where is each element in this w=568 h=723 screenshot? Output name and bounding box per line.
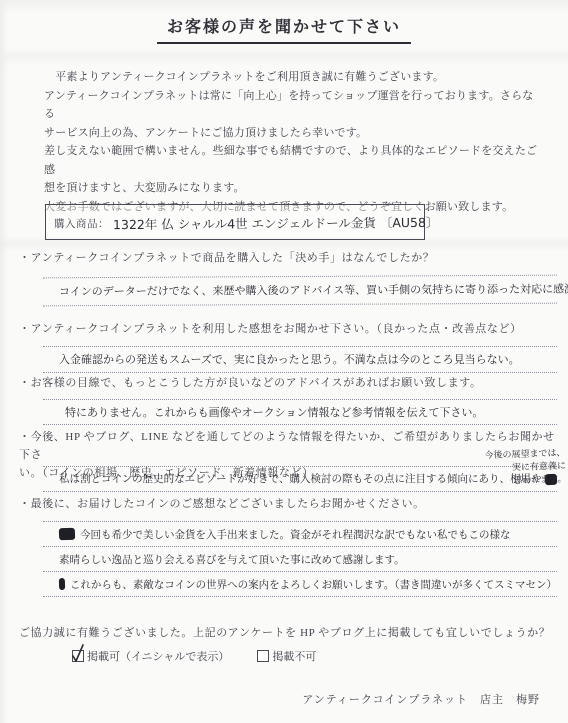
checkbox-publish-allowed <box>72 650 84 662</box>
publish-options-row: 掲載可（イニシャルで表示） 掲載不可 <box>72 648 316 664</box>
page-title-wrap: お客様の声を聞かせて下さい <box>0 14 568 44</box>
question-1-label: ・アンティークコインプラネットで商品を購入した「決め手」はなんでしたか？ <box>19 249 559 267</box>
intro-paragraph: 平素よりアンティークコインプラネットをご利用頂き誠に有難うございます。 アンティ… <box>44 68 544 216</box>
checkbox-publish-denied <box>257 650 269 662</box>
answer-3-text: 特にありません。これからも画像やオークション情報など参考情報を伝えて下さい。 <box>65 405 483 420</box>
publish-permission-question: ご協力誠に有難うございました。上記のアンケートを HP やブログ上に掲載しても宜… <box>19 624 559 640</box>
answer-3: 特にありません。これからも画像やオークション情報など参考情報を伝えて下さい。 <box>43 399 557 425</box>
answer-2: 入金確認からの発送もスムーズで、実に良かったと思う。不満な点は今のところ見当らな… <box>43 346 557 373</box>
option-publish-denied-label: 掲載不可 <box>272 648 316 664</box>
option-publish-allowed-label: 掲載可（イニシャルで表示） <box>87 648 229 664</box>
question-2-label: ・アンティークコインプラネットを利用した感想をお聞かせ下さい。（良かった点・改善… <box>19 320 559 338</box>
answer-5-line-2-text: 素晴らしい逸品と巡り会える喜びを与えて頂いた事に改めて感謝します。 <box>59 552 405 567</box>
answer-1: コインのデーターだけでなく、来歴や購入後のアドバイス等、買い手側の気持ちに寄り添… <box>43 275 557 307</box>
answer-4-text: 私は割とコインの歴史的なエピソードが好きで、購入検討の際もその点に注目する傾向に… <box>59 472 541 487</box>
questionnaire-scan: お客様の声を聞かせて下さい 平素よりアンティークコインプラネットをご利用頂き誠に… <box>0 0 568 723</box>
scribble-redaction <box>59 528 75 541</box>
question-3-label: ・お客様の目線で、もっとこうした方が良いなどのアドバイスがあればお願い致します。 <box>19 374 559 392</box>
purchased-product-label: 購入商品： <box>54 216 109 231</box>
purchased-product-box: 購入商品： 1322年 仏 シャルル4世 エンジェルドール金貨 〔AU58〕 <box>45 204 425 240</box>
handwritten-check-icon <box>70 644 86 664</box>
page-title: お客様の声を聞かせて下さい <box>157 14 411 44</box>
purchased-product-value: 1322年 仏 シャルル4世 エンジェルドール金貨 〔AU58〕 <box>113 213 439 233</box>
question-5-label: ・最後に、お届けしたコインのご感想などございましたらお聞かせください。 <box>19 495 559 513</box>
answer-5-line-2: 素晴らしい逸品と巡り会える喜びを与えて頂いた事に改めて感謝します。 <box>43 547 557 572</box>
answer-5-line-3-text: これからも、素敵なコインの世界への案内をよろしくお願いします。（書き間違いが多く… <box>70 577 557 592</box>
answer-5: 今回も希少で美しい金貨を入手出来ました。資金がそれ程潤沢な訳でもない私でもこの様… <box>43 521 557 597</box>
option-publish-allowed: 掲載可（イニシャルで表示） <box>72 648 229 664</box>
shop-signature: アンティークコインプラネット 店主 梅野 <box>300 691 540 707</box>
answer-5-line-1-text: 今回も希少で美しい金貨を入手出来ました。資金がそれ程潤沢な訳でもない私でもこの様… <box>80 527 511 542</box>
answer-5-line-1: 今回も希少で美しい金貨を入手出来ました。資金がそれ程潤沢な訳でもない私でもこの様… <box>43 522 557 547</box>
answer-2-text: 入金確認からの発送もスムーズで、実に良かったと思う。不満な点は今のところ見当らな… <box>59 352 520 367</box>
answer-5-line-3: これからも、素敵なコインの世界への案内をよろしくお願いします。（書き間違いが多く… <box>43 572 557 597</box>
answer-4-margin-note: 今後の展望までは、 実に有意義に 思われます。 <box>473 447 566 489</box>
option-publish-denied: 掲載不可 <box>257 648 316 664</box>
scribble-redaction <box>59 578 65 590</box>
answer-1-text: コインのデーターだけでなく、来歴や購入後のアドバイス等、買い手側の気持ちに寄り添… <box>59 281 568 299</box>
